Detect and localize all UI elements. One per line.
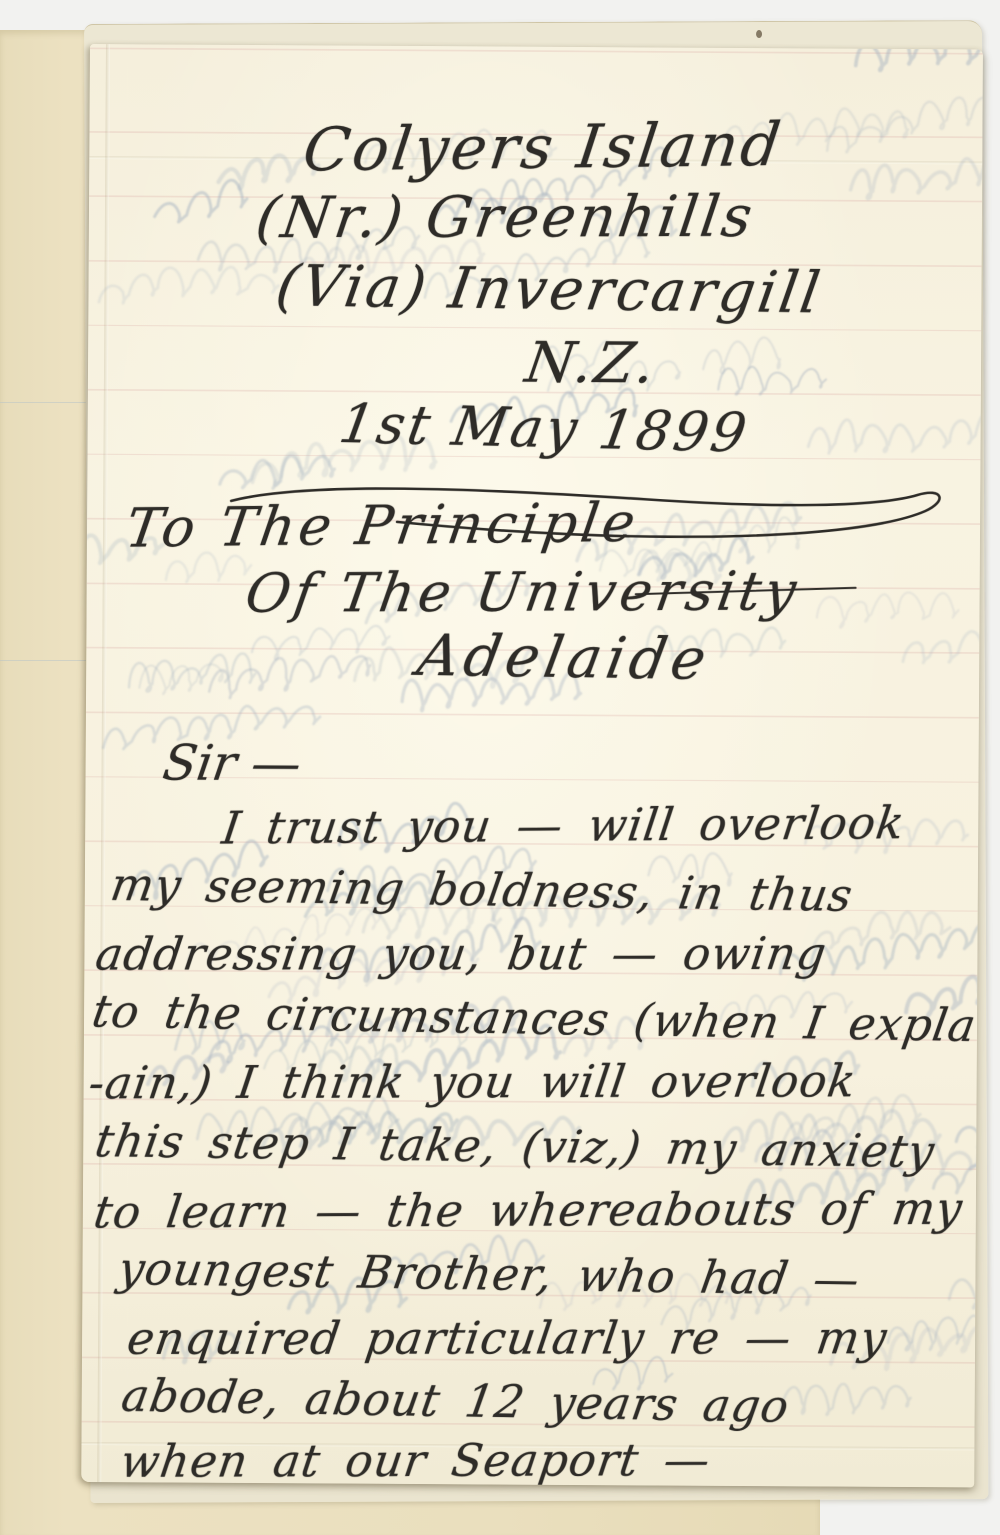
body-line: enquired particularly re — my xyxy=(124,1311,891,1365)
heading-line-locality: (Nr.) Greenhills xyxy=(252,184,759,251)
under-page-rule-line xyxy=(0,402,86,403)
body-line: when at our Seaport — xyxy=(117,1433,714,1487)
body-line: I trust you — will overlook xyxy=(219,796,908,854)
recipient-line-city: Adelaide xyxy=(413,623,716,693)
body-line: youngest Brother, who had — xyxy=(115,1242,864,1306)
heading-line-date: 1st May 1899 xyxy=(335,392,754,465)
body-line: my seeming boldness, in thus xyxy=(107,858,856,922)
body-line: abode, about 12 years ago xyxy=(118,1369,793,1433)
under-page-rule-line xyxy=(0,660,86,661)
heading-line-place: Colyers Island xyxy=(299,110,787,185)
recipient-line-principal: To The Principle xyxy=(122,491,644,560)
body-line: -ain,) I think you will overlook xyxy=(86,1054,860,1109)
body-line: this step I take, (viz,) my anxiety xyxy=(92,1114,939,1178)
scanned-letter-page: { "document": { "type": "handwritten let… xyxy=(0,0,1000,1535)
body-line: addressing you, but — owing xyxy=(92,927,830,981)
salutation: Sir — xyxy=(159,734,305,792)
letter-page: Colyers Island (Nr.) Greenhills (Via) In… xyxy=(81,44,983,1487)
pin-hole xyxy=(756,30,762,38)
body-line: to learn — the whereabouts of my xyxy=(91,1182,967,1239)
heading-line-country: N.Z. xyxy=(521,331,661,397)
heading-line-via: (Via) Invercargill xyxy=(272,253,827,326)
